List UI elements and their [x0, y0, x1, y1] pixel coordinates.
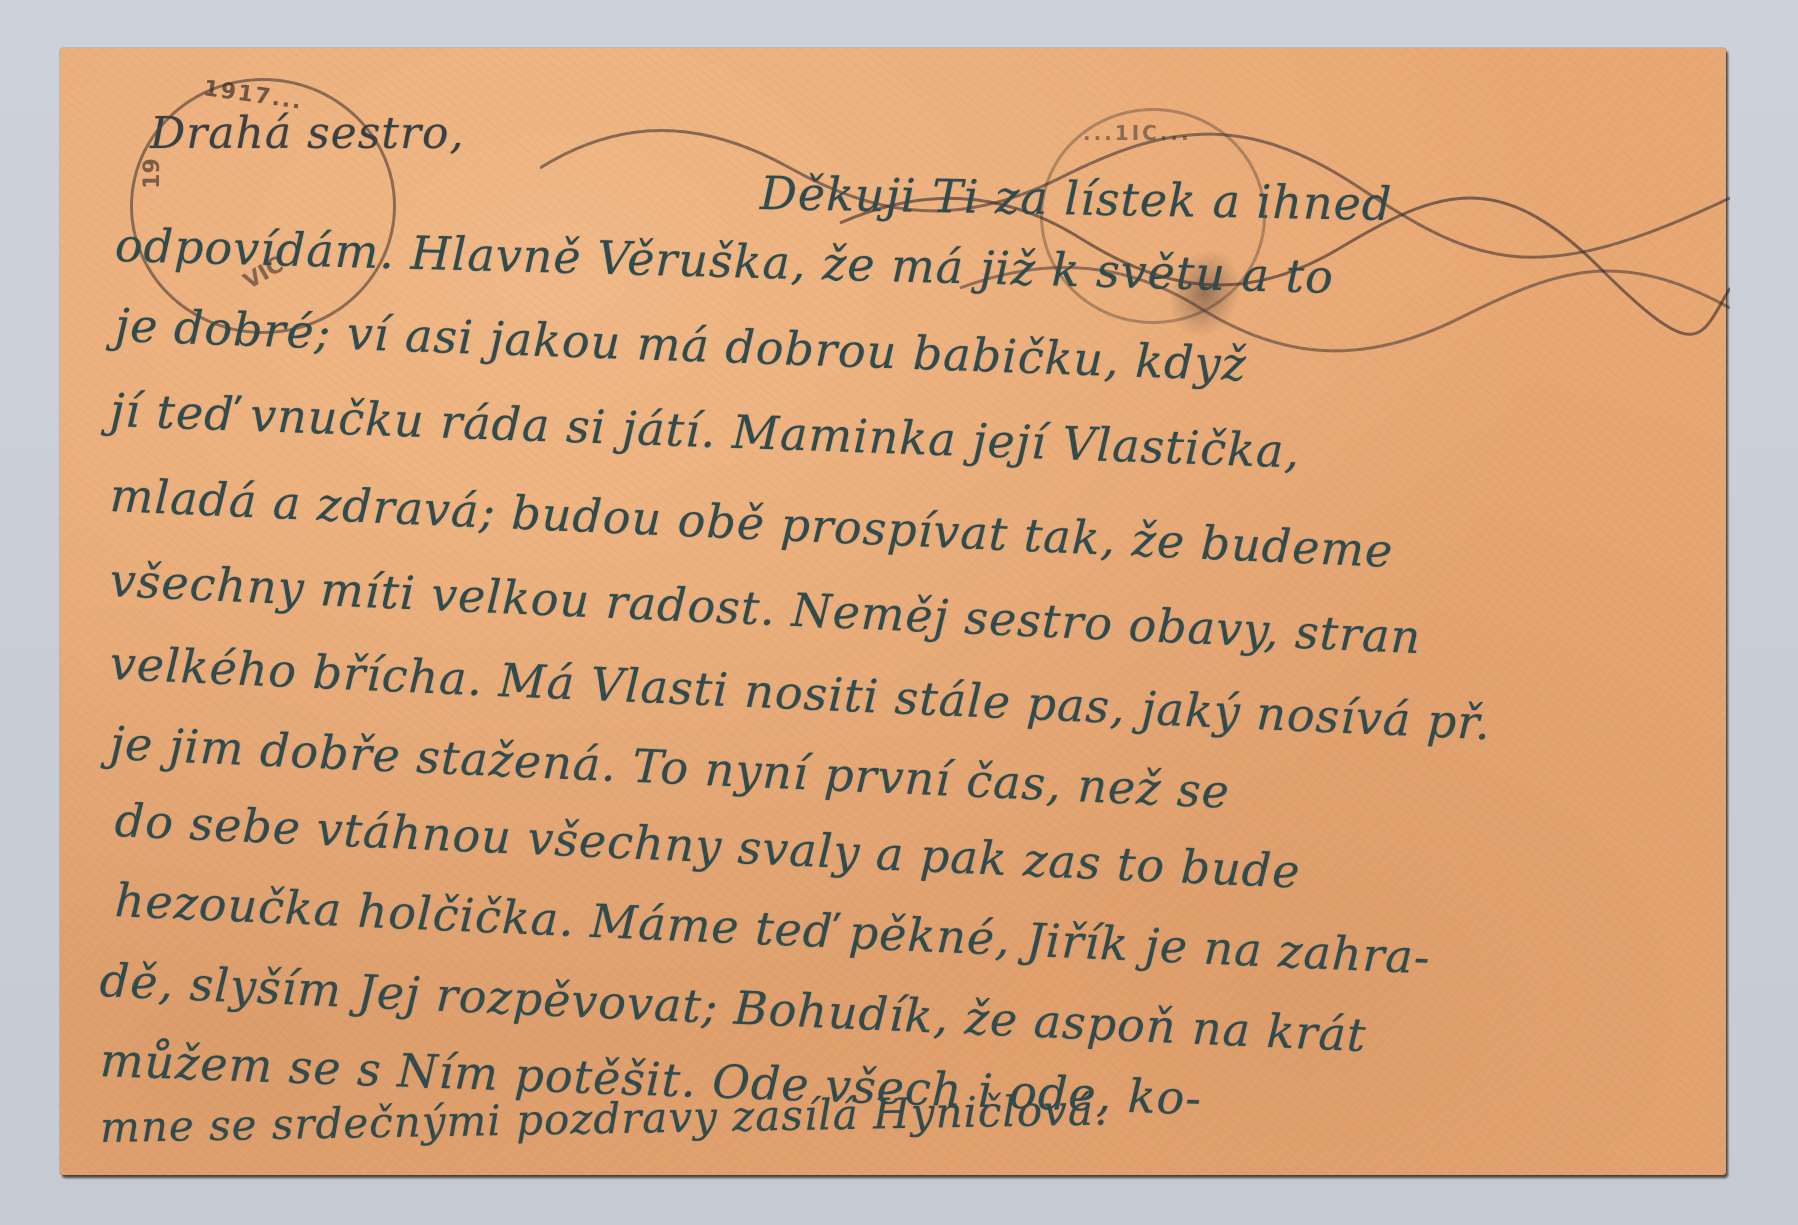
letter-line-1: Děkuji Ti za lístek a ihned: [760, 166, 1393, 231]
letter-line-4: jí teď vnučku ráda si játí. Maminka její…: [109, 383, 1301, 479]
letter-line-13: mne se srdečnými pozdravy zasílá Hyničlo…: [100, 1085, 1109, 1152]
postmark-text-left: 19: [140, 158, 165, 189]
salutation-text: Drahá sestro,: [150, 108, 465, 159]
scan-background: 1917... 19 VIC ...1IC... Drahá sestro, D…: [0, 0, 1798, 1225]
postcard: 1917... 19 VIC ...1IC... Drahá sestro, D…: [60, 48, 1726, 1175]
